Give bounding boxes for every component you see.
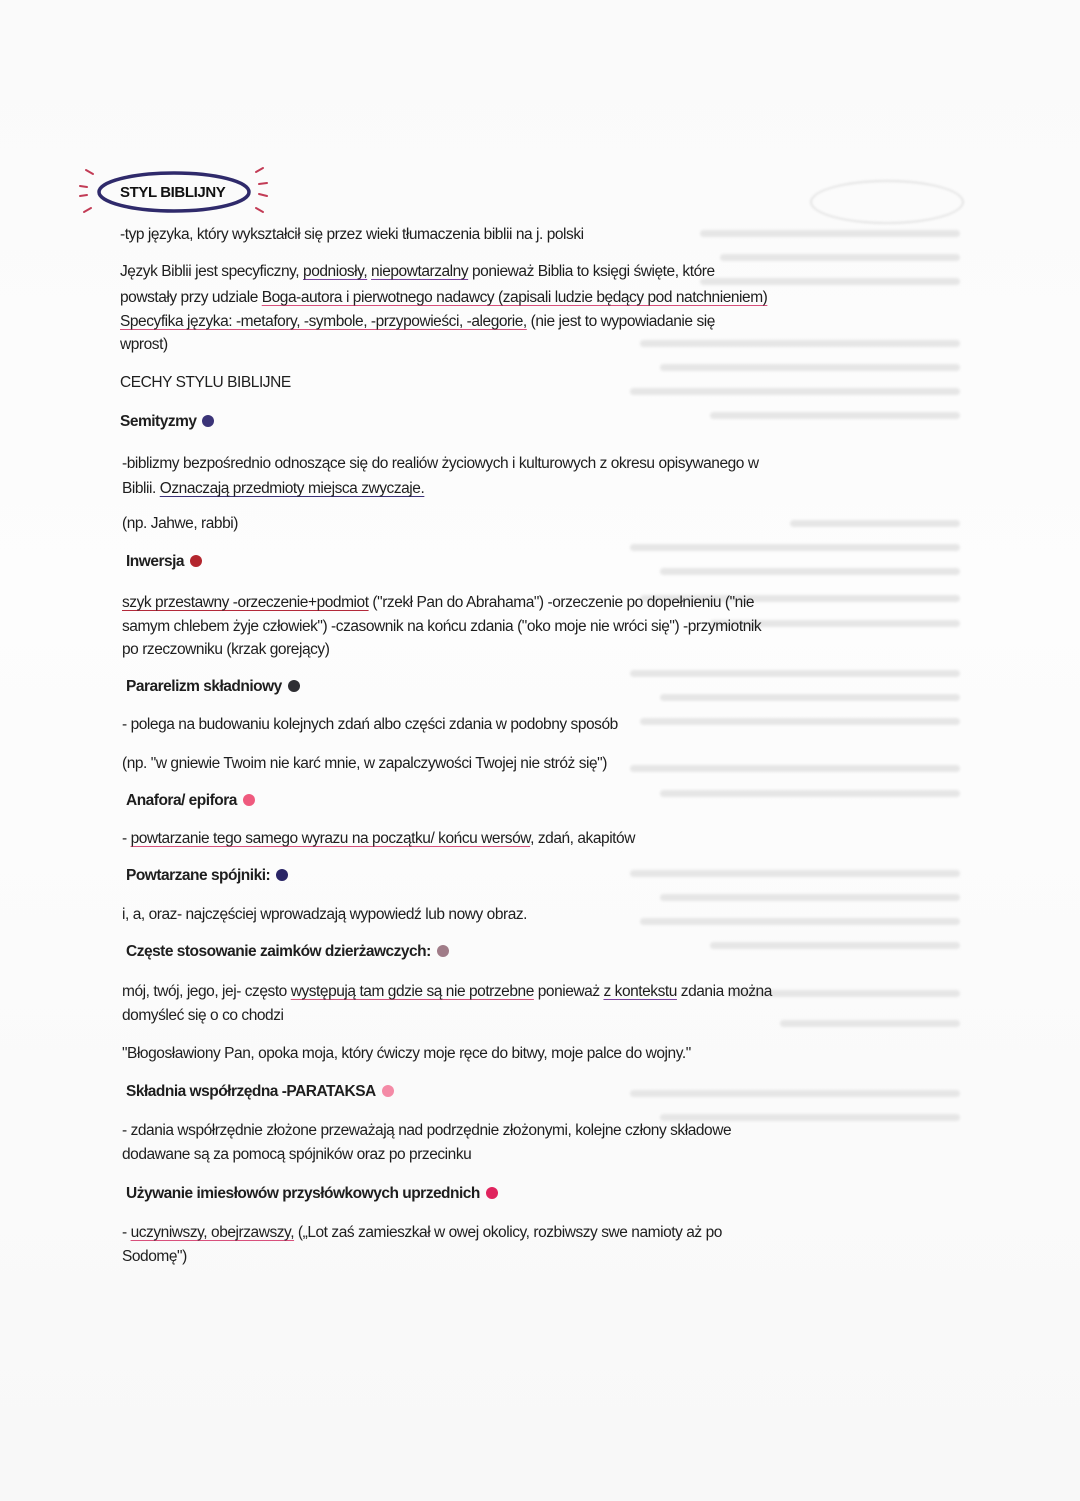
color-dot-icon [190, 555, 202, 567]
feature-name: Powtarzane spójniki: [126, 867, 270, 884]
feature-text-line: (np. Jahwe, rabbi) [122, 515, 238, 533]
paragraph-line-1: Język Biblii jest specyficzny, podniosły… [120, 263, 715, 281]
feature-text-line: - polega na budowaniu kolejnych zdań alb… [122, 716, 618, 734]
feature-name: Anafora/ epifora [126, 792, 237, 809]
title-badge: STYL BIBLIJNY [76, 164, 276, 224]
intro-definition: -typ języka, który wykształcił się przez… [120, 226, 584, 244]
feature-text-line: "Błogosławiony Pan, opoka moja, który ćw… [122, 1045, 691, 1063]
feature-heading-inwersja: Inwersja [126, 553, 202, 571]
feature-text-line: - zdania współrzędnie złożone przeważają… [122, 1122, 731, 1140]
feature-text-line: Sodomę") [122, 1248, 187, 1266]
feature-text-line: - powtarzanie tego samego wyrazu na pocz… [122, 830, 635, 848]
color-dot-icon [437, 945, 449, 957]
feature-text-line: mój, twój, jego, jej- często występują t… [122, 983, 772, 1001]
feature-name: Pararelizm składniowy [126, 678, 282, 695]
feature-text-line: domyśleć się o co chodzi [122, 1007, 284, 1025]
feature-heading-semityzmy: Semityzmy [120, 413, 214, 431]
color-dot-icon [382, 1085, 394, 1097]
feature-text-line: Biblii. Oznaczają przedmioty miejsca zwy… [122, 480, 424, 498]
feature-text-line: - uczyniwszy, obejrzawszy, („Lot zaś zam… [122, 1224, 722, 1242]
feature-text-line: -biblizmy bezpośrednio odnoszące się do … [122, 455, 759, 473]
feature-text-line: samym chlebem żyje człowiek") -czasownik… [122, 618, 761, 636]
feature-heading-pararelizm-sk-adniowy: Pararelizm składniowy [126, 678, 300, 696]
paragraph-line-3: Specyfika języka: -metafory, -symbole, -… [120, 313, 715, 331]
feature-heading-u-ywanie-imies-ow-w-przys-wkowych-uprzednich: Używanie imiesłowów przysłówkowych uprze… [126, 1185, 498, 1203]
feature-name: Częste stosowanie zaimków dzierżawczych: [126, 943, 431, 960]
feature-name: Semityzmy [120, 413, 196, 430]
feature-heading-sk-adnia-wsp-rz-dna-parataksa: Składnia współrzędna -PARATAKSA [126, 1083, 394, 1101]
color-dot-icon [276, 869, 288, 881]
feature-text-line: dodawane są za pomocą spójników oraz po … [122, 1146, 471, 1164]
feature-heading-cz-ste-stosowanie-zaimk-w-dzier-awczych: Częste stosowanie zaimków dzierżawczych: [126, 943, 449, 961]
feature-text-line: po rzeczowniku (krzak gorejący) [122, 641, 329, 659]
feature-heading-powtarzane-sp-jniki: Powtarzane spójniki: [126, 867, 288, 885]
color-dot-icon [202, 415, 214, 427]
color-dot-icon [288, 680, 300, 692]
feature-text-line: i, a, oraz- najczęściej wprowadzają wypo… [122, 906, 527, 924]
feature-name: Inwersja [126, 553, 184, 570]
feature-heading-anafora-epifora: Anafora/ epifora [126, 792, 255, 810]
page-title: STYL BIBLIJNY [120, 184, 225, 201]
feature-text-line: (np. "w gniewie Twoim nie karć mnie, w z… [122, 755, 607, 773]
color-dot-icon [243, 794, 255, 806]
color-dot-icon [486, 1187, 498, 1199]
features-heading: CECHY STYLU BIBLIJNE [120, 374, 291, 392]
feature-text-line: szyk przestawny -orzeczenie+podmiot ("rz… [122, 594, 754, 612]
feature-name: Używanie imiesłowów przysłówkowych uprze… [126, 1185, 480, 1202]
paragraph-line-2: powstały przy udziale Boga-autora i pier… [120, 289, 767, 307]
feature-name: Składnia współrzędna -PARATAKSA [126, 1083, 376, 1100]
paragraph-line-4: wprost) [120, 336, 168, 354]
